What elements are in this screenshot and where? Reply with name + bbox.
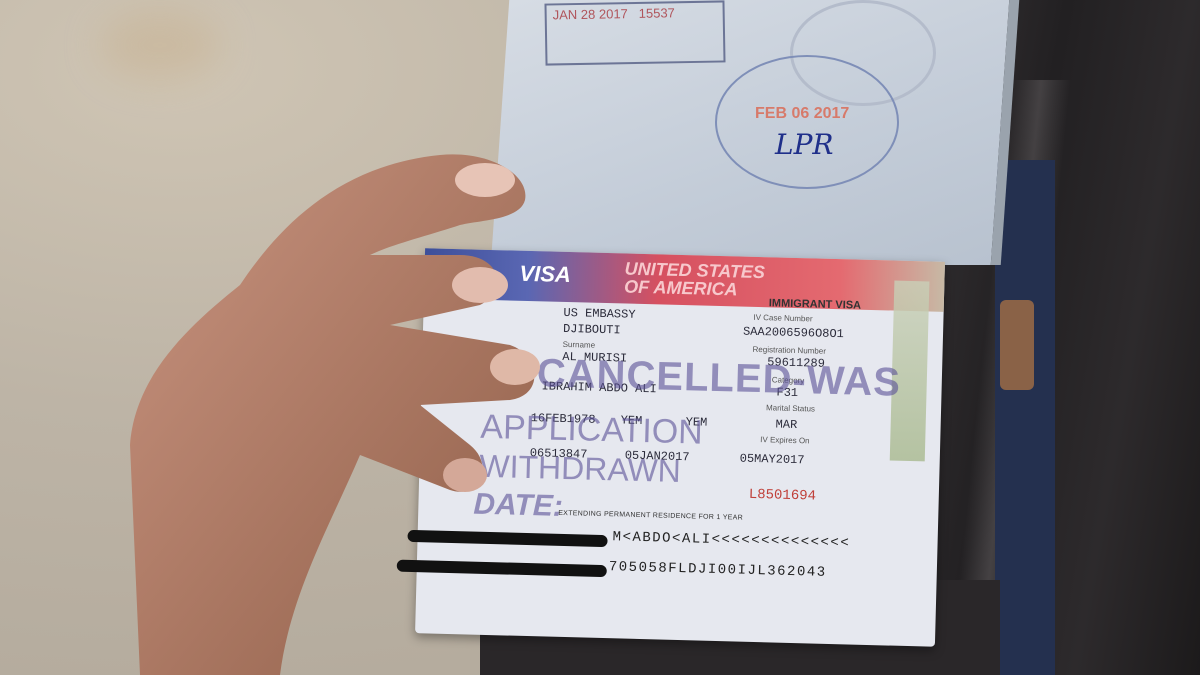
mrz-line-1: M<ABDO<ALI<<<<<<<<<<<<<<	[612, 529, 850, 551]
control-number: L8501694	[749, 487, 817, 505]
visa-type: IMMIGRANT VISA	[769, 297, 862, 311]
surname-label: Surname	[563, 340, 596, 350]
cancelled-stamp-line1: CANCELLED-WAS	[536, 351, 901, 406]
entry-stamp: JAN 28 2017 15537	[544, 0, 725, 65]
visa-country: UNITED STATES OF AMERICA	[624, 259, 785, 299]
registration-label: Registration Number	[752, 345, 826, 356]
lpr-stamp-date: FEB 06 2017	[755, 105, 849, 123]
issuing-post-line1: US EMBASSY	[563, 306, 635, 322]
entry-stamp-text	[553, 26, 717, 39]
issuing-post-line2: DJIBOUTI	[563, 322, 621, 338]
marital-status: MAR	[775, 417, 797, 432]
entry-stamp-code: 15537	[639, 5, 675, 21]
lpr-handwriting: LPR	[775, 128, 834, 161]
visa-annotation: EXTENDING PERMANENT RESIDENCE FOR 1 YEAR	[558, 510, 743, 522]
expires-label: IV Expires On	[760, 435, 810, 445]
background-blur	[100, 10, 220, 80]
entry-stamp-date: JAN 28 2017	[553, 6, 628, 22]
zipper-pull	[1000, 300, 1034, 390]
case-number: SAA2006596O8O1	[743, 325, 844, 342]
marital-status-label: Marital Status	[766, 403, 815, 413]
expiry-date: 05MAY2017	[740, 452, 805, 468]
mrz-line-2: 705058FLDJI00IJL362043	[609, 559, 827, 581]
shirt	[995, 160, 1055, 675]
hand	[130, 145, 550, 675]
case-number-label: IV Case Number	[753, 313, 812, 324]
